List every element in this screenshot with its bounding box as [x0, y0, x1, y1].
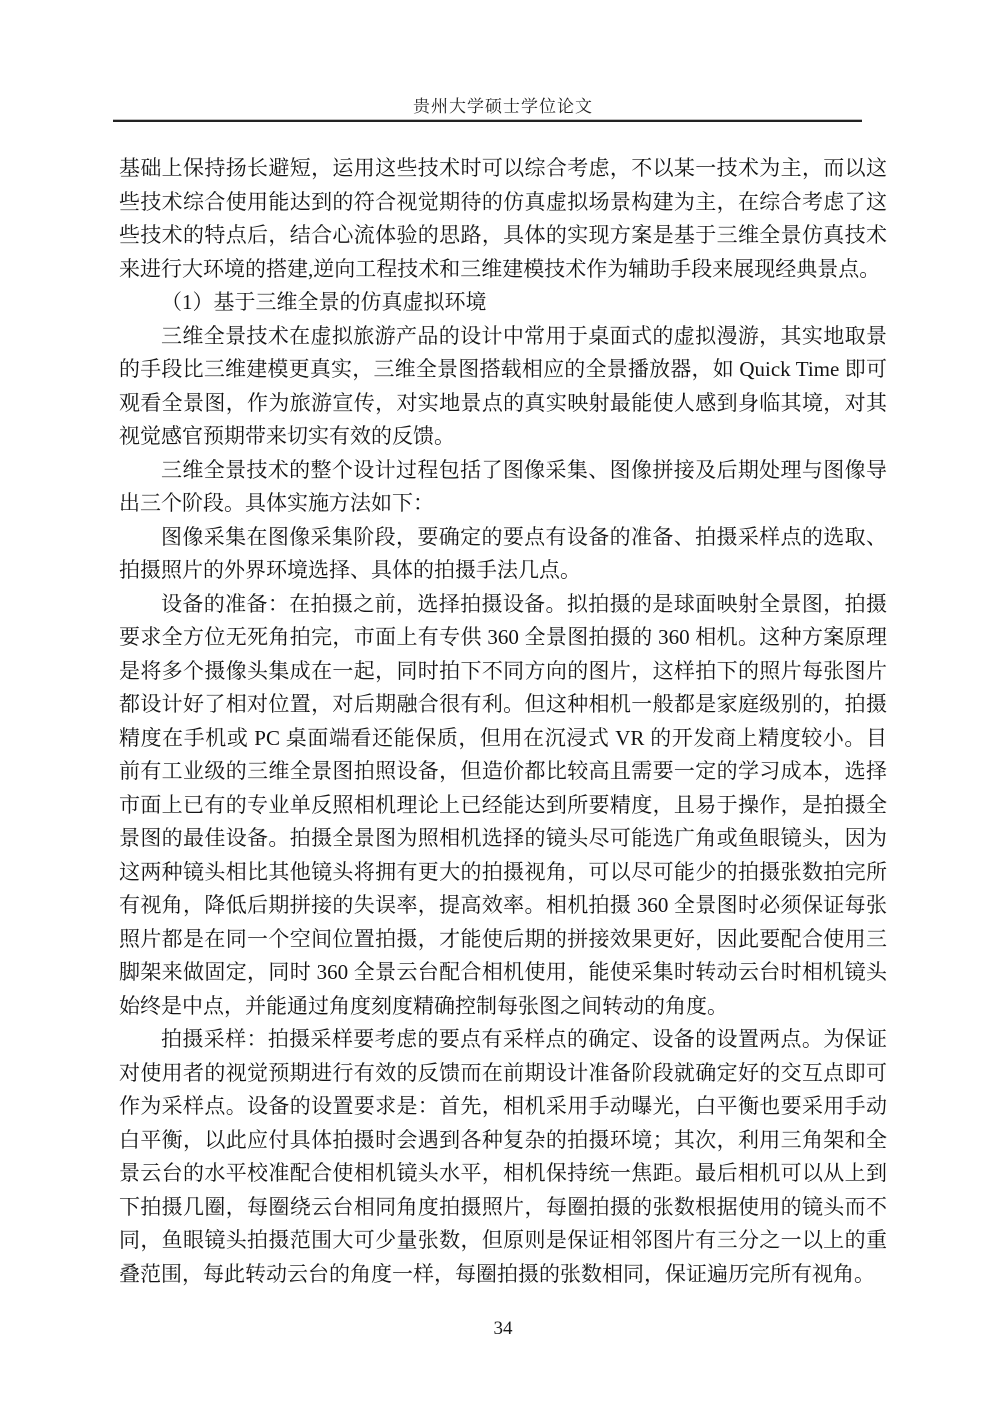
- paragraph-panorama-intro: 三维全景技术在虚拟旅游产品的设计中常用于桌面式的虚拟漫游，其实地取景的手段比三维…: [119, 320, 887, 454]
- paragraph-image-collection: 图像采集在图像采集阶段，要确定的要点有设备的准备、拍摄采样点的选取、拍摄照片的外…: [119, 521, 887, 588]
- section-heading: （1）基于三维全景的仿真虚拟环境: [119, 286, 887, 320]
- page-number: 34: [119, 1318, 887, 1340]
- paragraph-continuation: 基础上保持扬长避短，运用这些技术时可以综合考虑，不以某一技术为主，而以这些技术综…: [119, 152, 887, 286]
- running-head-title: 贵州大学硕士学位论文: [119, 92, 887, 117]
- thesis-page: 贵州大学硕士学位论文 基础上保持扬长避短，运用这些技术时可以综合考虑，不以某一技…: [0, 0, 1000, 1414]
- paragraph-design-stages: 三维全景技术的整个设计过程包括了图像采集、图像拼接及后期处理与图像导出三个阶段。…: [119, 454, 887, 521]
- paragraph-shooting-sampling: 拍摄采样：拍摄采样要考虑的要点有采样点的确定、设备的设置两点。为保证对使用者的视…: [119, 1023, 887, 1291]
- body-text: 基础上保持扬长避短，运用这些技术时可以综合考虑，不以某一技术为主，而以这些技术综…: [119, 152, 887, 1291]
- paragraph-equipment-preparation: 设备的准备：在拍摄之前，选择拍摄设备。拟拍摄的是球面映射全景图，拍摄要求全方位无…: [119, 588, 887, 1024]
- header-rule: [113, 119, 862, 122]
